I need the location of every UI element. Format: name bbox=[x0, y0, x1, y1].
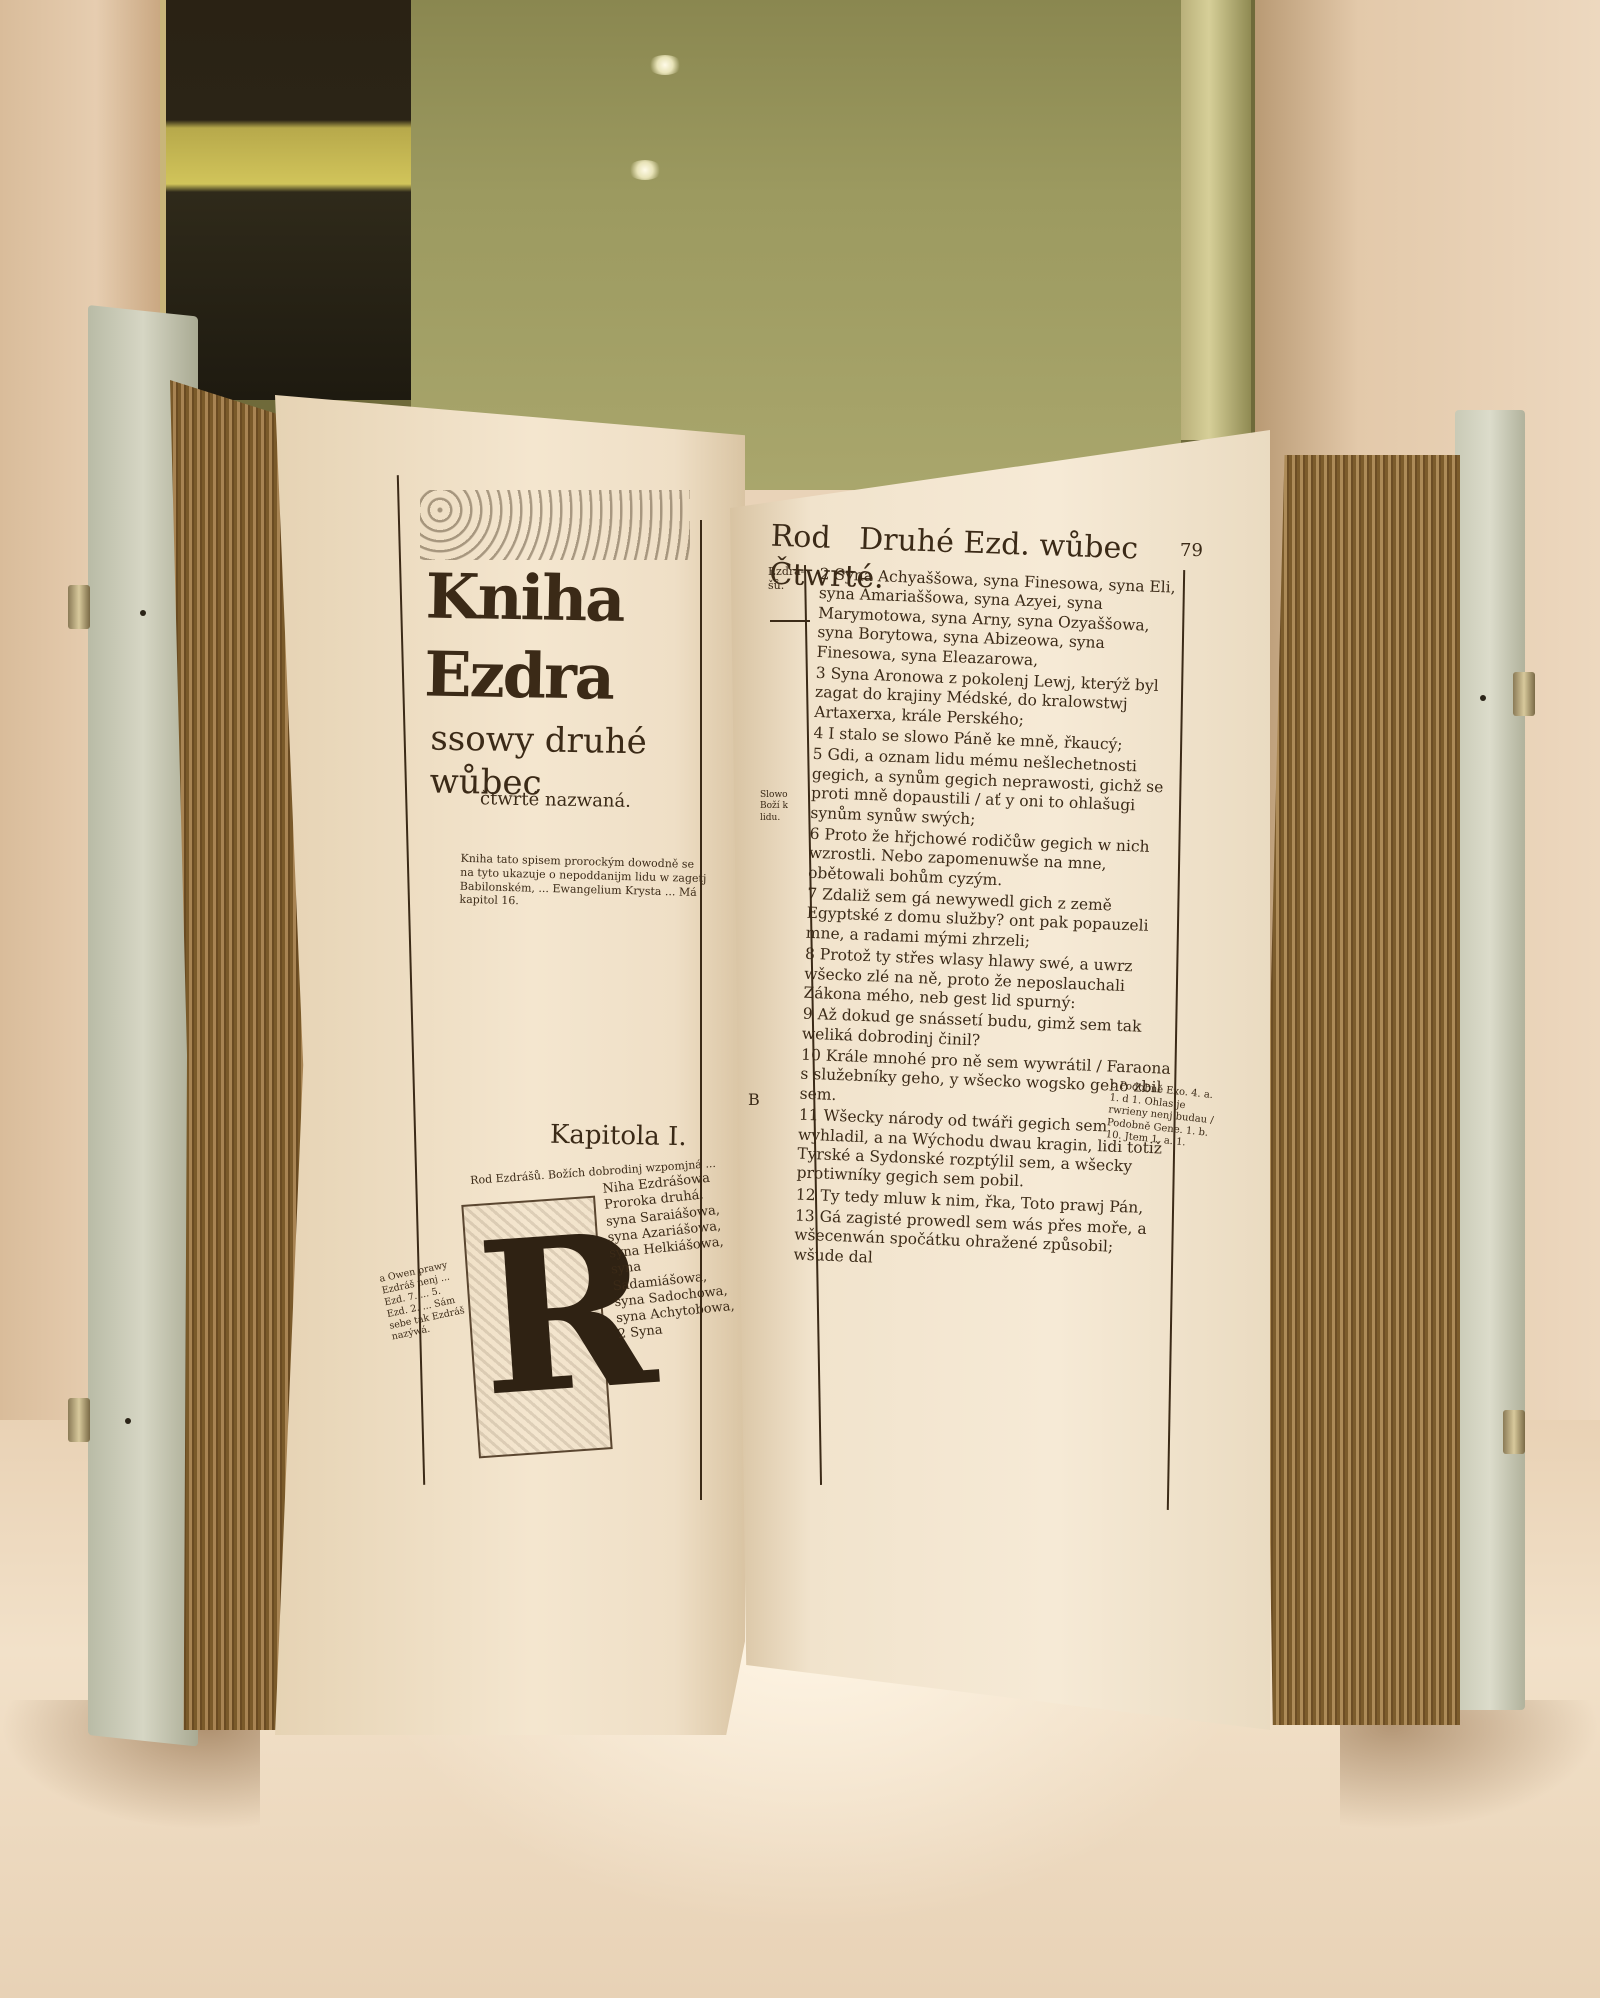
light-reflection bbox=[628, 160, 662, 180]
display-case-scene: Kniha Ezdra ssowy druhé wůbec čtwrté naz… bbox=[0, 0, 1600, 1998]
verse-1-text: Niha Ezdrášowa Proroka druhá, syna Sarai… bbox=[602, 1171, 735, 1326]
book-cover-right bbox=[1455, 410, 1525, 1710]
woodcut-ornament-header bbox=[420, 490, 690, 560]
verse-block: 2 Syna Achyaššowa, syna Finesowa, syna E… bbox=[793, 565, 1190, 1281]
page-edges-right bbox=[1265, 455, 1460, 1725]
clasp-icon bbox=[1503, 1410, 1525, 1454]
case-window-glass bbox=[411, 0, 1181, 490]
book-title: Kniha Ezdra bbox=[424, 557, 717, 717]
side-letter: B bbox=[748, 1090, 760, 1110]
hinge-icon bbox=[68, 585, 90, 629]
window-post bbox=[1181, 0, 1251, 440]
margin-note-top: Ezdrá-šů. bbox=[768, 565, 808, 593]
book-subtitle-2: čtwrté nazwaná. bbox=[480, 788, 680, 814]
hinge-icon bbox=[1513, 672, 1535, 716]
window-dark-reflection bbox=[166, 0, 411, 400]
margin-note-middle: Slowo Boží k lidu. bbox=[760, 790, 800, 824]
margin-rule bbox=[770, 620, 810, 622]
verse: 13 Gá zagisté prowedl sem wás přes moře,… bbox=[793, 1207, 1165, 1279]
hinge-icon bbox=[68, 1398, 90, 1442]
running-head-left: Rod bbox=[770, 519, 831, 556]
verse-1: Niha Ezdrášowa Proroka druhá, syna Sarai… bbox=[602, 1169, 743, 1344]
verse: 2 Syna Achyaššowa, syna Finesowa, syna E… bbox=[816, 565, 1189, 676]
ornamental-dropcap: R bbox=[461, 1196, 612, 1459]
nail-icon bbox=[1480, 695, 1486, 701]
verse: 5 Gdi, a oznam lidu mému nešlechetnosti … bbox=[810, 745, 1183, 837]
nail-icon bbox=[140, 610, 146, 616]
nail-icon bbox=[125, 1418, 131, 1424]
margin-note-right: c Podobně Exo. 4. a. 1. d 1. Ohlas je rw… bbox=[1105, 1079, 1221, 1153]
intro-text: Kniha tato spisem prorockým dowodně se n… bbox=[460, 852, 707, 898]
verse-1-catchword: 2 Syna bbox=[617, 1323, 663, 1343]
intro-paragraph: Kniha tato spisem prorockým dowodně se n… bbox=[459, 852, 710, 914]
page-number: 79 bbox=[1180, 540, 1203, 563]
chapter-heading: Kapitola I. bbox=[550, 1119, 687, 1154]
light-reflection bbox=[648, 55, 682, 75]
